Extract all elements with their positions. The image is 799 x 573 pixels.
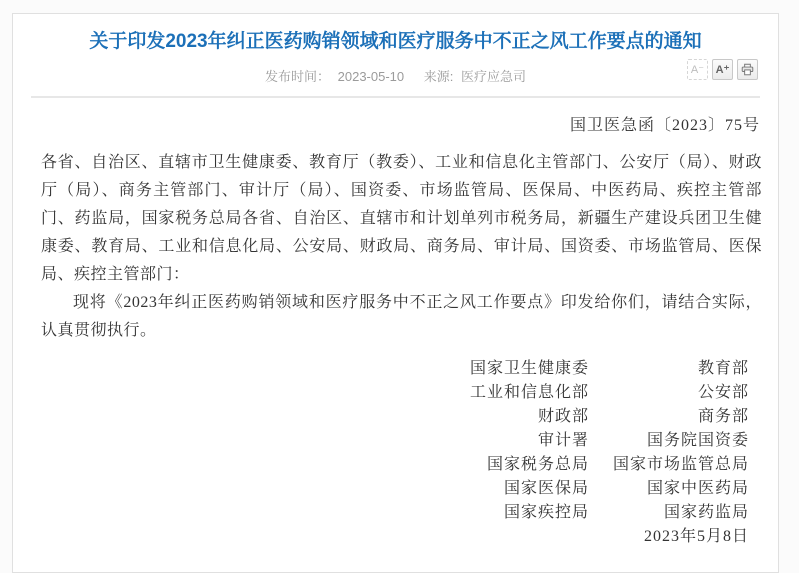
signature-left: 国家卫生健康委 [41, 357, 589, 381]
page-title: 关于印发2023年纠正医药购销领域和医疗服务中不正之风工作要点的通知 [53, 28, 738, 56]
signature-row: 审计署 国务院国资委 [41, 429, 749, 453]
signature-left: 审计署 [41, 429, 589, 453]
source-value: 医疗应急司 [461, 69, 526, 84]
printer-icon [741, 63, 754, 76]
font-increase-button[interactable]: A⁺ [712, 59, 733, 80]
signature-right: 国家药监局 [589, 501, 749, 525]
signature-right: 国家中医药局 [589, 477, 749, 501]
signature-row: 工业和信息化部 公安部 [41, 381, 749, 405]
signature-block: 国家卫生健康委 教育部 工业和信息化部 公安部 财政部 商务部 审计署 国务院国… [41, 357, 749, 549]
signature-left: 工业和信息化部 [41, 381, 589, 405]
signature-right: 公安部 [589, 381, 749, 405]
signature-row: 国家疾控局 国家药监局 [41, 501, 749, 525]
recipients-paragraph: 各省、自治区、直辖市卫生健康委、教育厅（教委）、工业和信息化主管部门、公安厅（局… [41, 149, 762, 289]
signature-right: 教育部 [589, 357, 749, 381]
signature-right: 国家市场监管总局 [589, 453, 749, 477]
publish-time-label: 发布时间： [265, 69, 330, 84]
source-label: 来源: [424, 69, 454, 84]
signature-left: 财政部 [41, 405, 589, 429]
signature-row: 财政部 商务部 [41, 405, 749, 429]
signature-right: 商务部 [589, 405, 749, 429]
notice-paragraph: 现将《2023年纠正医药购销领域和医疗服务中不正之风工作要点》印发给你们，请结合… [41, 289, 762, 345]
font-print-toolbar: A⁻ A⁺ [687, 59, 758, 80]
signature-left: 国家税务总局 [41, 453, 589, 477]
article-meta: 发布时间： 2023-05-10 来源: 医疗应急司 [13, 68, 778, 86]
header-divider [31, 96, 760, 98]
font-decrease-button[interactable]: A⁻ [687, 59, 708, 80]
document-number: 国卫医急函〔2023〕75号 [13, 112, 778, 135]
print-button[interactable] [737, 59, 758, 80]
document-body: 各省、自治区、直辖市卫生健康委、教育厅（教委）、工业和信息化主管部门、公安厅（局… [41, 149, 762, 345]
publish-time-value: 2023-05-10 [338, 69, 405, 84]
signature-row: 国家税务总局 国家市场监管总局 [41, 453, 749, 477]
signature-date: 2023年5月8日 [41, 525, 749, 549]
signature-row: 国家卫生健康委 教育部 [41, 357, 749, 381]
signature-row: 国家医保局 国家中医药局 [41, 477, 749, 501]
signature-left: 国家医保局 [41, 477, 589, 501]
signature-left: 国家疾控局 [41, 501, 589, 525]
signature-right: 国务院国资委 [589, 429, 749, 453]
document-panel: 关于印发2023年纠正医药购销领域和医疗服务中不正之风工作要点的通知 发布时间：… [12, 13, 779, 552]
